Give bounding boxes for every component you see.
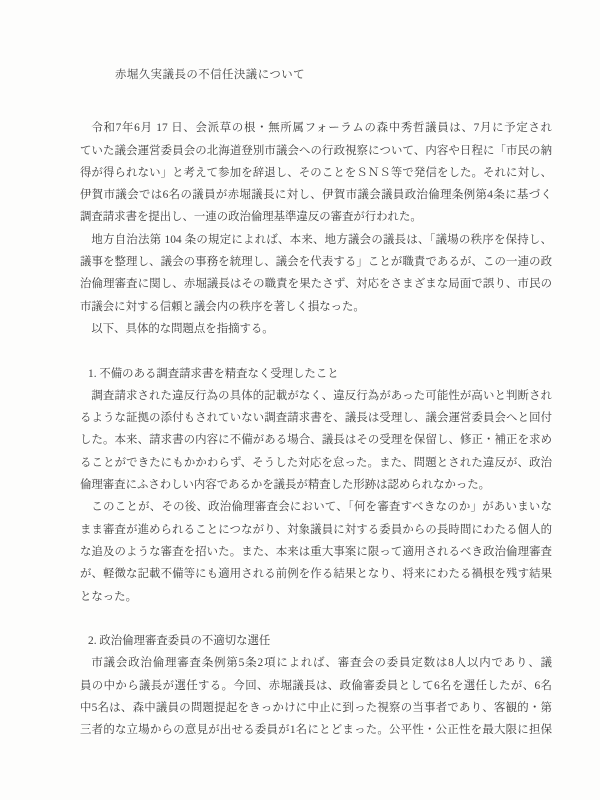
text-line: な追及のような審査を招いた。また、本来は重大事案に限って適用されるべき政治倫理審… xyxy=(80,541,552,563)
document-title: 赤堀久実議長の不信任決議について xyxy=(115,64,552,86)
text-line: 以下、具体的な問題点を指摘する。 xyxy=(80,318,552,340)
paragraph: 地方自治法第 104 条の規定によれば、本来、地方議会の議長は、「議場の秩序を保… xyxy=(80,229,552,318)
section-heading: 2. 政治倫理審査委員の不適切な選任 xyxy=(80,630,552,652)
text-line: 三者的な立場からの意見が出せる委員が1名にとどまった。公平性・公正性を最大限に担… xyxy=(80,719,552,741)
text-line: 議事を整理し、議会の事務を統理し、議会を代表する」ことが職責であるが、この一連の… xyxy=(80,251,552,273)
blank-line xyxy=(80,340,552,362)
paragraph: 以下、具体的な問題点を指摘する。 xyxy=(80,318,552,340)
text-line: 1. 不備のある調査請求書を精査なく受理したこと xyxy=(88,363,552,385)
text-line: 市議会に対する信頼と議会内の秩序を著しく損なった。 xyxy=(80,296,552,318)
text-line: となった。 xyxy=(80,586,552,608)
text-line: ていた議会運営委員会の北海道登別市議会への行政視察について、内容や日程に「市民の… xyxy=(80,140,552,162)
text-line: ることができたにもかかわらず、そうした対応を怠った。また、問題とされた違反が、政… xyxy=(80,452,552,474)
text-line: 令和7年6月 17 日、会派草の根・無所属フォーラムの森中秀哲議員は、7月に予定… xyxy=(80,117,552,139)
text-line: 調査請求された違反行為の具体的記載がなく、違反行為があった可能性が高いと判断され xyxy=(80,385,552,407)
text-line: 伊賀市議会では6名の議員が赤堀議長に対し、伊賀市議会議員政治倫理条例第4条に基づ… xyxy=(80,184,552,206)
text-line: 地方自治法第 104 条の規定によれば、本来、地方議会の議長は、「議場の秩序を保… xyxy=(80,229,552,251)
document-blocks: 令和7年6月 17 日、会派草の根・無所属フォーラムの森中秀哲議員は、7月に予定… xyxy=(80,117,552,741)
text-line: 調査請求書を提出し、一連の政治倫理基準違反の審査が行われた。 xyxy=(80,206,552,228)
text-line: 得が得られない」と考えて参加を辞退し、そのことをＳＮＳ等で発信をした。それに対し… xyxy=(80,162,552,184)
paragraph: 調査請求された違反行為の具体的記載がなく、違反行為があった可能性が高いと判断され… xyxy=(80,385,552,496)
text-line: した。本来、請求書の内容に不備がある場合、議長はその受理を保留し、修正・補正を求… xyxy=(80,429,552,451)
text-line: 市議会政治倫理審査条例第5条2項によれば、審査会の委員定数は8人以内であり、議 xyxy=(80,652,552,674)
paragraph: このことが、その後、政治倫理審査会において、「何を審査すべきなのか」があいまいな… xyxy=(80,496,552,607)
section-heading: 1. 不備のある調査請求書を精査なく受理したこと xyxy=(80,363,552,385)
text-line: るような証拠の添付もされていない調査請求書を、議長は受理し、議会運営委員会へと回… xyxy=(80,407,552,429)
text-line: このことが、その後、政治倫理審査会において、「何を審査すべきなのか」があいまいな xyxy=(80,496,552,518)
text-line: 員の中から議長が選任する。今回、赤堀議長は、政倫審委員として6名を選任したが、6… xyxy=(80,675,552,697)
document-body: 赤堀久実議長の不信任決議について 令和7年6月 17 日、会派草の根・無所属フォ… xyxy=(80,64,552,742)
paragraph: 市議会政治倫理審査条例第5条2項によれば、審査会の委員定数は8人以内であり、議員… xyxy=(80,652,552,741)
text-line: 2. 政治倫理審査委員の不適切な選任 xyxy=(88,630,552,652)
text-line: まま審査が進められることにつながり、対象議員に対する委員からの長時間にわたる個人… xyxy=(80,519,552,541)
text-line: が、軽微な記載不備等にも適用される前例を作る結果となり、将来にわたる禍根を残す結… xyxy=(80,563,552,585)
text-line: 倫理審査にふさわしい内容であるかを議長が精査した形跡は認められなかった。 xyxy=(80,474,552,496)
document-page: 赤堀久実議長の不信任決議について 令和7年6月 17 日、会派草の根・無所属フォ… xyxy=(0,0,600,800)
blank-line xyxy=(80,608,552,630)
text-line: 治倫理審査に関し、赤堀議長はその職責を果たさず、対応をさまざまな局面で誤り、市民… xyxy=(80,273,552,295)
paragraph: 令和7年6月 17 日、会派草の根・無所属フォーラムの森中秀哲議員は、7月に予定… xyxy=(80,117,552,228)
text-line: 中5名は、森中議員の問題提起をきっかけに中止に到った視察の当事者であり、客観的・… xyxy=(80,697,552,719)
